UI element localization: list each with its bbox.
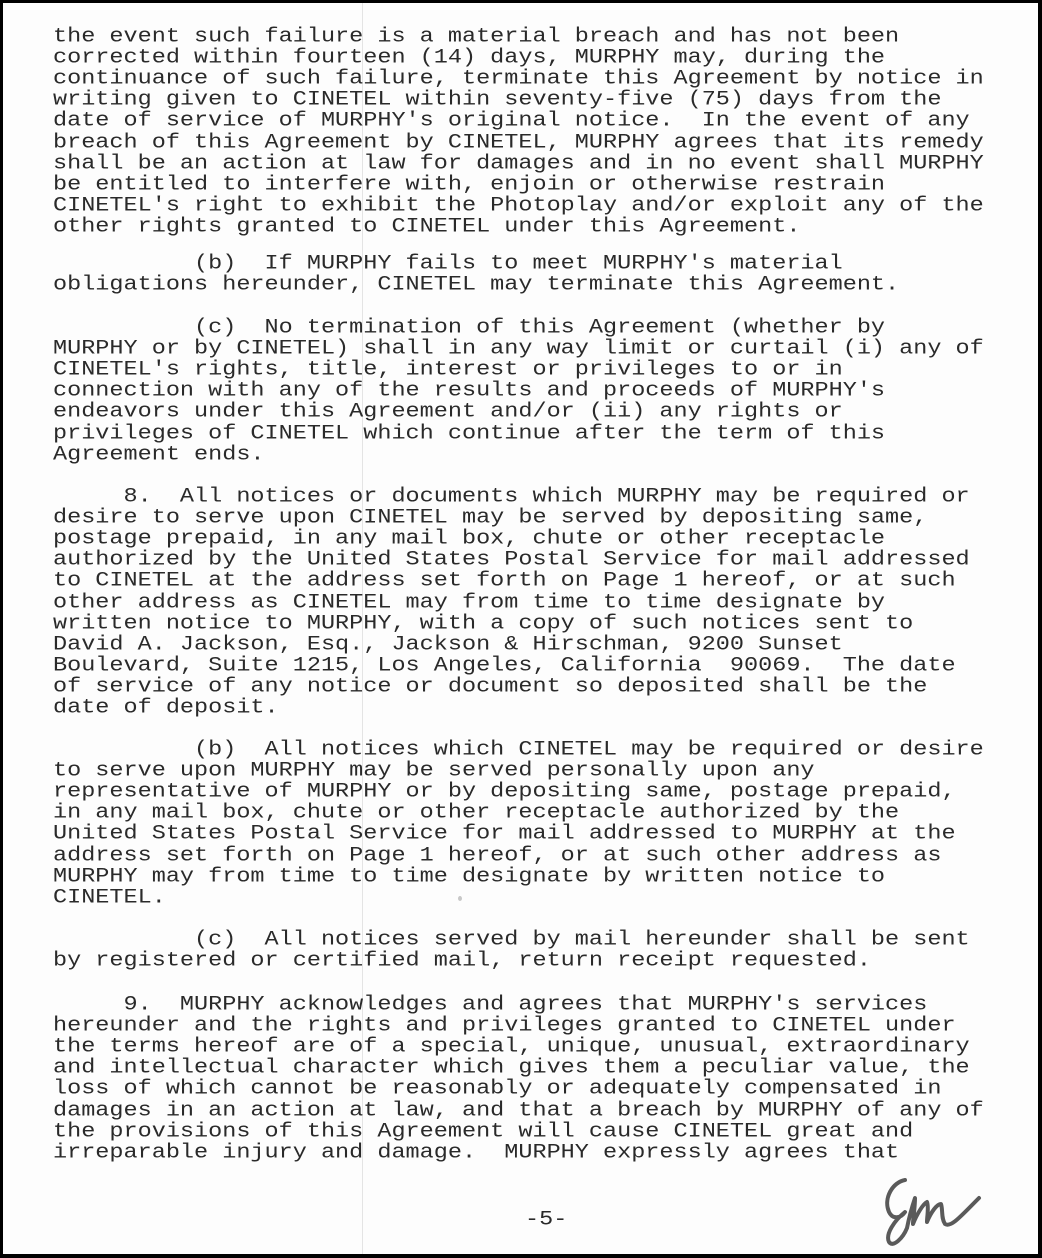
paragraph-7c-line: MURPHY or by CINETEL) shall in any way l… — [53, 339, 984, 360]
paragraph-7c-line: privileges of CINETEL which continue aft… — [53, 424, 885, 445]
paragraph-8-line: authorized by the United States Postal S… — [53, 550, 970, 571]
paragraph-continuation-line: other rights granted to CINETEL under th… — [53, 217, 800, 238]
paragraph-9-line: loss of which cannot be reasonably or ad… — [53, 1079, 941, 1100]
paragraph-9-line: the provisions of this Agreement will ca… — [53, 1122, 913, 1143]
paragraph-8b-line: MURPHY may from time to time designate b… — [53, 867, 885, 888]
paragraph-8c-line: (c) All notices served by mail hereunder… — [53, 930, 970, 951]
signature-initials-icon — [875, 1168, 995, 1248]
paragraph-8b-line: in any mail box, chute or other receptac… — [53, 803, 899, 824]
paragraph-continuation-line: be entitled to interfere with, enjoin or… — [53, 175, 885, 196]
paragraph-continuation-line: corrected within fourteen (14) days, MUR… — [53, 48, 885, 69]
paragraph-continuation-line: continuance of such failure, terminate t… — [53, 69, 984, 90]
paragraph-9-line: damages in an action at law, and that a … — [53, 1101, 984, 1122]
paragraph-8-line: date of deposit. — [53, 698, 279, 719]
paragraph-8-line: other address as CINETEL may from time t… — [53, 593, 885, 614]
paragraph-8b-line: to serve upon MURPHY may be served perso… — [53, 761, 815, 782]
paragraph-7c-line: CINETEL's rights, title, interest or pri… — [53, 360, 843, 381]
paragraph-continuation-line: CINETEL's right to exhibit the Photoplay… — [53, 196, 984, 217]
paragraph-7c-line: endeavors under this Agreement and/or (i… — [53, 402, 843, 423]
paragraph-continuation-line: breach of this Agreement by CINETEL, MUR… — [53, 133, 984, 154]
paragraph-8b-line: (b) All notices which CINETEL may be req… — [53, 740, 984, 761]
paragraph-9-line: irreparable injury and damage. MURPHY ex… — [53, 1143, 899, 1164]
paragraph-9-line: 9. MURPHY acknowledges and agrees that M… — [53, 995, 927, 1016]
scan-speck — [458, 896, 462, 901]
paragraph-8-line: 8. All notices or documents which MURPHY… — [53, 487, 970, 508]
paragraph-8-line: Boulevard, Suite 1215, Los Angeles, Cali… — [53, 656, 956, 677]
paragraph-9-line: hereunder and the rights and privileges … — [53, 1016, 956, 1037]
paragraph-8-line: to CINETEL at the address set forth on P… — [53, 571, 956, 592]
paragraph-7c-line: connection with any of the results and p… — [53, 381, 885, 402]
paragraph-7b-line: (b) If MURPHY fails to meet MURPHY's mat… — [53, 254, 843, 275]
paragraph-8-line: David A. Jackson, Esq., Jackson & Hirsch… — [53, 635, 843, 656]
paragraph-8b-line: address set forth on Page 1 hereof, or a… — [53, 846, 941, 867]
paragraph-8-line: desire to serve upon CINETEL may be serv… — [53, 508, 927, 529]
paragraph-continuation-line: date of service of MURPHY's original not… — [53, 111, 970, 132]
paragraph-7c-line: (c) No termination of this Agreement (wh… — [53, 318, 885, 339]
paragraph-7c-line: Agreement ends. — [53, 445, 265, 466]
document-page: the event such failure is a material bre… — [0, 0, 1042, 1258]
paragraph-continuation-line: writing given to CINETEL within seventy-… — [53, 90, 941, 111]
paragraph-8-line: postage prepaid, in any mail box, chute … — [53, 529, 885, 550]
paragraph-7b-line: obligations hereunder, CINETEL may termi… — [53, 275, 899, 296]
paragraph-8c-line: by registered or certified mail, return … — [53, 951, 871, 972]
paragraph-8b-line: CINETEL. — [53, 888, 166, 909]
paragraph-9-line: and intellectual character which gives t… — [53, 1058, 970, 1079]
paragraph-8-line: written notice to MURPHY, with a copy of… — [53, 614, 913, 635]
paragraph-8b-line: representative of MURPHY or by depositin… — [53, 782, 956, 803]
page-number: -5- — [525, 1210, 567, 1231]
paragraph-8-line: of service of any notice or document so … — [53, 677, 927, 698]
paragraph-8b-line: United States Postal Service for mail ad… — [53, 824, 956, 845]
paragraph-continuation-line: the event such failure is a material bre… — [53, 27, 899, 48]
paragraph-9-line: the terms hereof are of a special, uniqu… — [53, 1037, 970, 1058]
paragraph-continuation-line: shall be an action at law for damages an… — [53, 154, 984, 175]
